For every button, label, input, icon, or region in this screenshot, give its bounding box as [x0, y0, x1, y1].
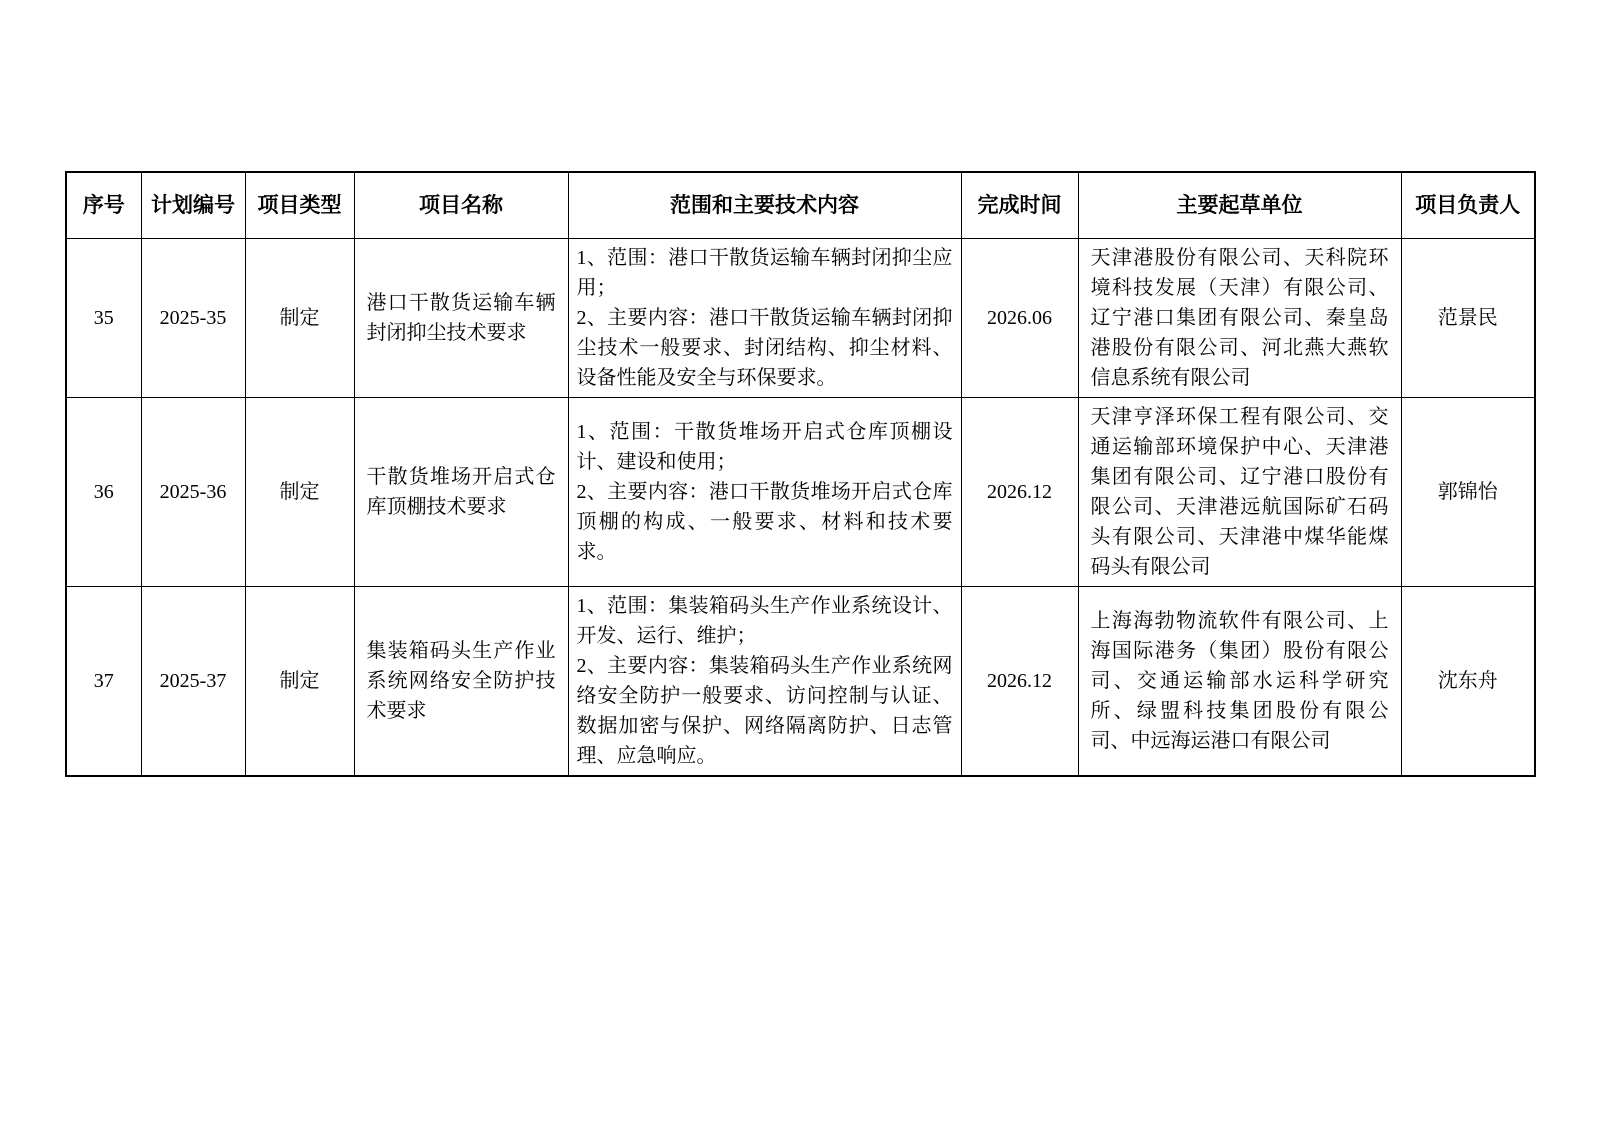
cell-drafters: 天津港股份有限公司、天科院环境科技发展（天津）有限公司、辽宁港口集团有限公司、秦… — [1078, 238, 1401, 397]
standards-plan-table: 序号 计划编号 项目类型 项目名称 范围和主要技术内容 完成时间 主要起草单位 … — [65, 171, 1536, 777]
cell-leader: 沈东舟 — [1401, 586, 1535, 776]
header-seq: 序号 — [66, 172, 141, 238]
cell-deadline: 2026.12 — [961, 586, 1078, 776]
table-row: 36 2025-36 制定 干散货堆场开启式仓库顶棚技术要求 1、范围：干散货堆… — [66, 397, 1535, 586]
cell-leader: 郭锦怡 — [1401, 397, 1535, 586]
cell-deadline: 2026.06 — [961, 238, 1078, 397]
cell-seq: 35 — [66, 238, 141, 397]
table-row: 37 2025-37 制定 集装箱码头生产作业系统网络安全防护技术要求 1、范围… — [66, 586, 1535, 776]
cell-seq: 36 — [66, 397, 141, 586]
header-drafters: 主要起草单位 — [1078, 172, 1401, 238]
cell-scope: 1、范围：干散货堆场开启式仓库顶棚设计、建设和使用； 2、主要内容：港口干散货堆… — [568, 397, 961, 586]
document-page: 序号 计划编号 项目类型 项目名称 范围和主要技术内容 完成时间 主要起草单位 … — [0, 0, 1600, 1131]
cell-leader: 范景民 — [1401, 238, 1535, 397]
cell-plan-no: 2025-36 — [141, 397, 245, 586]
header-name: 项目名称 — [354, 172, 568, 238]
header-leader: 项目负责人 — [1401, 172, 1535, 238]
cell-type: 制定 — [245, 586, 354, 776]
cell-name: 集装箱码头生产作业系统网络安全防护技术要求 — [354, 586, 568, 776]
cell-drafters: 上海海勃物流软件有限公司、上海国际港务（集团）股份有限公司、交通运输部水运科学研… — [1078, 586, 1401, 776]
table-header-row: 序号 计划编号 项目类型 项目名称 范围和主要技术内容 完成时间 主要起草单位 … — [66, 172, 1535, 238]
header-deadline: 完成时间 — [961, 172, 1078, 238]
cell-scope: 1、范围：集装箱码头生产作业系统设计、开发、运行、维护； 2、主要内容：集装箱码… — [568, 586, 961, 776]
cell-name: 干散货堆场开启式仓库顶棚技术要求 — [354, 397, 568, 586]
header-scope: 范围和主要技术内容 — [568, 172, 961, 238]
cell-seq: 37 — [66, 586, 141, 776]
cell-plan-no: 2025-37 — [141, 586, 245, 776]
cell-drafters: 天津亨泽环保工程有限公司、交通运输部环境保护中心、天津港集团有限公司、辽宁港口股… — [1078, 397, 1401, 586]
header-type: 项目类型 — [245, 172, 354, 238]
table-row: 35 2025-35 制定 港口干散货运输车辆封闭抑尘技术要求 1、范围：港口干… — [66, 238, 1535, 397]
cell-scope: 1、范围：港口干散货运输车辆封闭抑尘应用； 2、主要内容：港口干散货运输车辆封闭… — [568, 238, 961, 397]
header-plan-no: 计划编号 — [141, 172, 245, 238]
cell-deadline: 2026.12 — [961, 397, 1078, 586]
cell-type: 制定 — [245, 238, 354, 397]
cell-type: 制定 — [245, 397, 354, 586]
cell-name: 港口干散货运输车辆封闭抑尘技术要求 — [354, 238, 568, 397]
cell-plan-no: 2025-35 — [141, 238, 245, 397]
